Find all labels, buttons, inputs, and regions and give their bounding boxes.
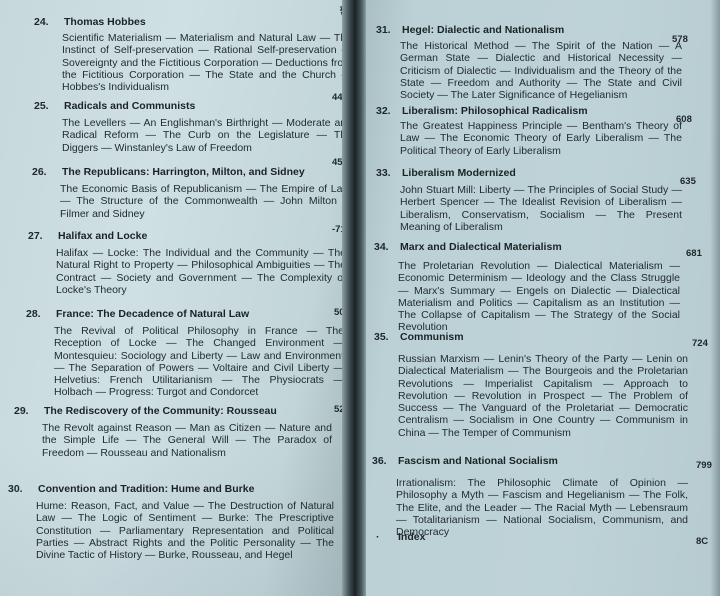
left-page: 24. Thomas Hobbes Scientific Materialism… bbox=[0, 0, 352, 596]
chapter-description: The Proletarian Revolution — Dialectical… bbox=[398, 260, 680, 334]
chapter-title: Communism bbox=[400, 331, 464, 343]
chapter-description: The Levellers — An Englishman's Birthrig… bbox=[62, 117, 352, 154]
chapter-number: 30. bbox=[8, 483, 23, 495]
page-number: 8C bbox=[696, 536, 708, 547]
chapter-description: Scientific Materialism — Materialism and… bbox=[62, 32, 352, 93]
chapter-description: The Greatest Happiness Principle — Benth… bbox=[400, 120, 682, 157]
chapter-title: The Rediscovery of the Community: Rousse… bbox=[44, 405, 277, 417]
chapter-number: 35. bbox=[374, 331, 389, 343]
page-number: 608 bbox=[676, 114, 692, 125]
chapter-description: Irrationalism: The Philosophic Climate o… bbox=[396, 477, 688, 538]
chapter-number: 32. bbox=[376, 105, 391, 117]
page-number: 635 bbox=[680, 176, 696, 187]
book-gutter bbox=[342, 0, 368, 596]
right-page: 31. Hegel: Dialectic and Nationalism The… bbox=[366, 0, 720, 596]
chapter-number: 27. bbox=[28, 230, 43, 242]
chapter-description: Hume: Reason, Fact, and Value — The Dest… bbox=[36, 500, 334, 561]
chapter-title: Marx and Dialectical Materialism bbox=[400, 241, 562, 253]
bullet-dot: · bbox=[376, 531, 380, 543]
chapter-description: Russian Marxism — Lenin's Theory of the … bbox=[398, 353, 688, 439]
chapter-description: The Revolt against Reason — Man as Citiz… bbox=[42, 422, 332, 459]
chapter-number: 34. bbox=[374, 241, 389, 253]
chapter-title: Thomas Hobbes bbox=[64, 16, 146, 28]
chapter-number: 36. bbox=[372, 455, 387, 467]
chapter-number: 24. bbox=[34, 16, 49, 28]
chapter-description: The Revival of Political Philosophy in F… bbox=[54, 325, 344, 399]
chapter-number: 31. bbox=[376, 24, 391, 36]
chapter-title: Radicals and Communists bbox=[64, 100, 195, 112]
page-number: 724 bbox=[692, 338, 708, 349]
page-number: 799 bbox=[696, 460, 712, 471]
page-number: 681 bbox=[686, 248, 702, 259]
chapter-number: 29. bbox=[14, 405, 29, 417]
chapter-title: Halifax and Locke bbox=[58, 230, 147, 242]
chapter-number: 25. bbox=[34, 100, 49, 112]
chapter-title: Convention and Tradition: Hume and Burke bbox=[38, 483, 254, 495]
chapter-number: 33. bbox=[376, 167, 391, 179]
chapter-number: 28. bbox=[26, 308, 41, 320]
chapter-description: John Stuart Mill: Liberty — The Principl… bbox=[400, 184, 682, 233]
chapter-title: Index bbox=[398, 531, 425, 543]
chapter-title: Fascism and National Socialism bbox=[398, 455, 558, 467]
page-number: 578 bbox=[672, 34, 688, 45]
chapter-title: Hegel: Dialectic and Nationalism bbox=[402, 24, 564, 36]
chapter-title: France: The Decadence of Natural Law bbox=[56, 308, 249, 320]
chapter-title: Liberalism: Philosophical Radicalism bbox=[402, 105, 588, 117]
chapter-description: Halifax — Locke: The Individual and the … bbox=[56, 247, 346, 296]
chapter-title: Liberalism Modernized bbox=[402, 167, 516, 179]
chapter-title: The Republicans: Harrington, Milton, and… bbox=[62, 166, 305, 178]
chapter-number: 26. bbox=[32, 166, 47, 178]
chapter-description: The Economic Basis of Republicanism — Th… bbox=[60, 183, 350, 220]
chapter-description: The Historical Method — The Spirit of th… bbox=[400, 40, 682, 101]
